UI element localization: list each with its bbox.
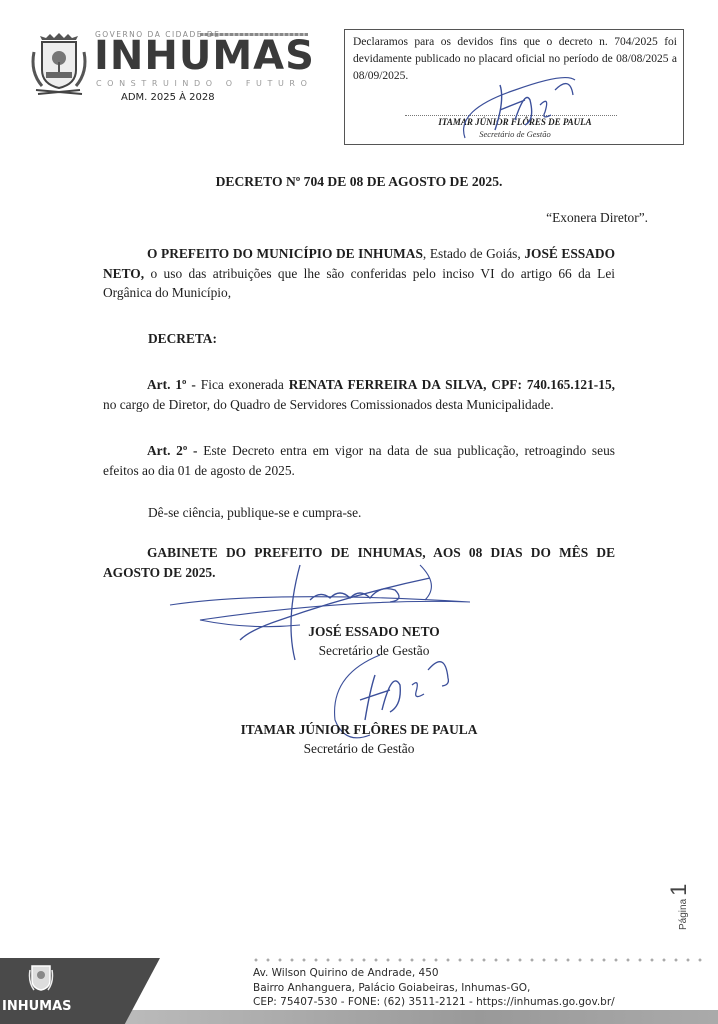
footer-brand: INHUMAS (2, 999, 72, 1014)
preamble-text-2: o uso das atribuições que lhe são confer… (103, 266, 615, 301)
cabinet-statement: GABINETE DO PREFEITO DE INHUMAS, AOS 08 … (103, 543, 615, 582)
stamp-text: Declaramos para os devidos fins que o de… (353, 34, 677, 85)
article-1-label: Art. 1º - (147, 377, 196, 392)
page-number-value: 1 (666, 884, 691, 896)
address-line-1: Av. Wilson Quirino de Andrade, 450 (253, 966, 615, 981)
administration-period: ADM. 2025 À 2028 (121, 92, 215, 103)
secretary-name: ITAMAR JÚNIOR FLÔRES DE PAULA (0, 720, 718, 740)
stamp-signer-name: ITAMAR JÚNIOR FLÔRES DE PAULA (345, 117, 685, 127)
publication-stamp: Declaramos para os devidos fins que o de… (344, 29, 684, 145)
decreta-heading: DECRETA: (148, 329, 217, 349)
decree-preamble: O PREFEITO DO MUNICÍPIO DE INHUMAS, Esta… (103, 244, 615, 303)
footer-address: Av. Wilson Quirino de Andrade, 450 Bairr… (253, 966, 615, 1010)
secretary-role: Secretário de Gestão (0, 739, 718, 759)
page-number: Página1 (666, 870, 696, 930)
article-2-label: Art. 2º - (147, 443, 198, 458)
preamble-text: , Estado de Goiás, (423, 246, 524, 261)
mayor-name: JOSÉ ESSADO NETO (0, 622, 718, 642)
cabinet-text: GABINETE DO PREFEITO DE INHUMAS, AOS 08 … (103, 545, 615, 580)
article-2: Art. 2º - Este Decreto entra em vigor na… (103, 441, 615, 480)
preamble-authority: O PREFEITO DO MUNICÍPIO DE INHUMAS (147, 246, 423, 261)
stamp-signer-role: Secretário de Gestão (345, 129, 685, 139)
decree-epigraph: “Exonera Diretor”. (546, 208, 648, 228)
closing-formula: Dê-se ciência, publique-se e cumpra-se. (148, 503, 361, 523)
city-brand: INHUMAS (94, 34, 315, 78)
decree-title: DECRETO Nº 704 DE 08 DE AGOSTO DE 2025. (0, 172, 718, 192)
address-line-2: Bairro Anhanguera, Palácio Goiabeiras, I… (253, 981, 615, 996)
footer-band (120, 1010, 718, 1024)
article-1-person: RENATA FERREIRA DA SILVA, CPF: 740.165.1… (289, 377, 615, 392)
mayor-role: Secretário de Gestão (0, 641, 718, 661)
article-1: Art. 1º - Fica exonerada RENATA FERREIRA… (103, 375, 615, 414)
signature-line (405, 115, 617, 116)
tagline: CONSTRUINDO O FUTURO (96, 79, 312, 88)
article-1-text: Fica exonerada (196, 377, 289, 392)
footer-crest-icon (28, 962, 54, 994)
address-line-3: CEP: 75407-530 - FONE: (62) 3511-2121 - … (253, 995, 615, 1010)
footer-dotted-line (250, 958, 710, 962)
municipal-crest-icon (28, 32, 90, 98)
article-1-text-2: no cargo de Diretor, do Quadro de Servid… (103, 397, 554, 412)
page-label: Página (678, 899, 689, 930)
